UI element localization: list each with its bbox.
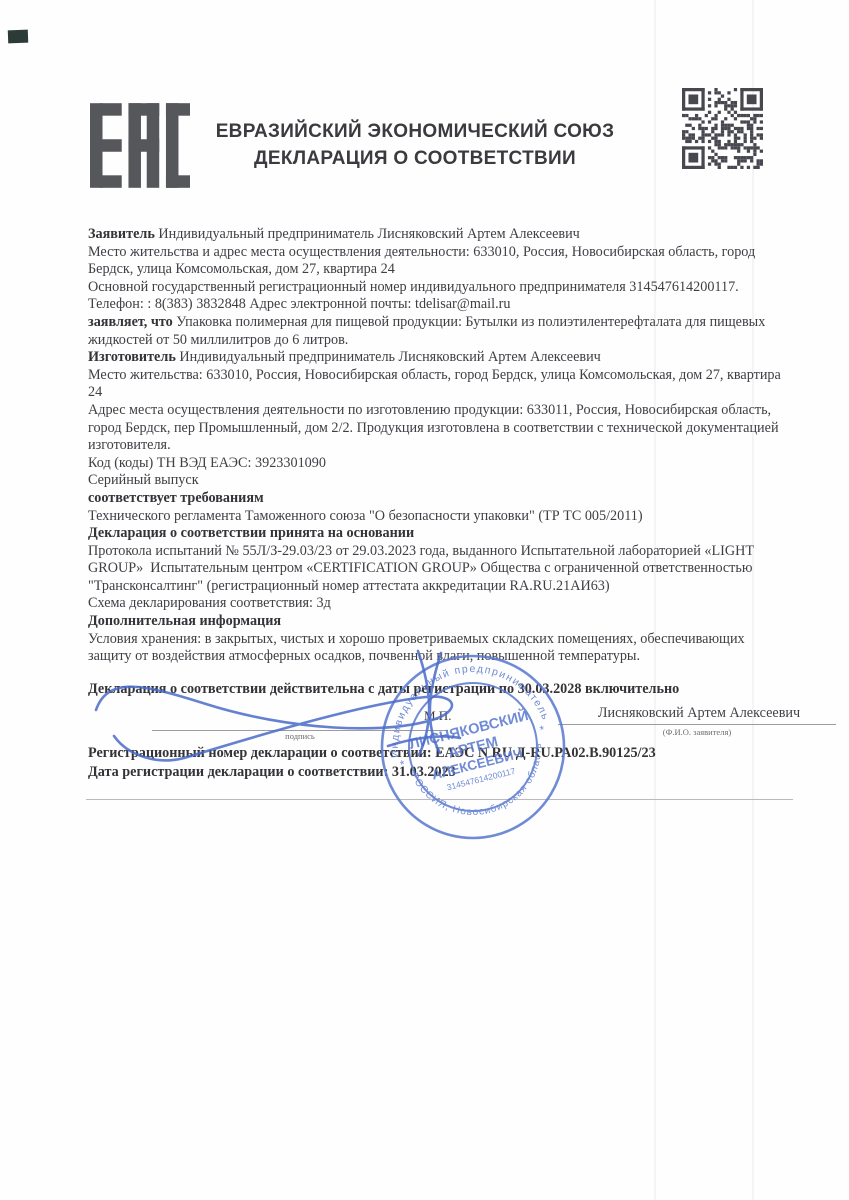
- bottom-rule: [86, 799, 793, 800]
- body-line: Код (коды) ТН ВЭД ЕАЭС: 3923301090: [88, 455, 798, 473]
- mp-label: М.П.: [424, 708, 451, 724]
- title-line-1: ЕВРАЗИЙСКИЙ ЭКОНОМИЧЕСКИЙ СОЮЗ: [170, 118, 660, 145]
- declaration-document: ЕВРАЗИЙСКИЙ ЭКОНОМИЧЕСКИЙ СОЮЗ ДЕКЛАРАЦИ…: [0, 0, 849, 1200]
- body-line: жидкостей от 50 миллилитров до 6 литров.: [88, 332, 798, 350]
- body-line: Изготовитель Индивидуальный предпринимат…: [88, 349, 798, 367]
- fio-label: (Ф.И.О. заявителя): [558, 727, 836, 737]
- stamp-star-right: *: [538, 722, 546, 737]
- title-line-2: ДЕКЛАРАЦИЯ О СООТВЕТСТВИИ: [170, 145, 660, 172]
- document-title: ЕВРАЗИЙСКИЙ ЭКОНОМИЧЕСКИЙ СОЮЗ ДЕКЛАРАЦИ…: [170, 118, 660, 172]
- body-line: 24: [88, 384, 798, 402]
- registration-number-line: Регистрационный номер декларации о соотв…: [88, 745, 656, 762]
- validity-line: Декларация о соответствии действительна …: [88, 681, 679, 698]
- body-line: Телефон: : 8(383) 3832848 Адрес электрон…: [88, 296, 798, 314]
- body-line: защиту от воздействия атмосферных осадко…: [88, 648, 798, 666]
- body-line: город Бердск, пер Промышленный, дом 2/2.…: [88, 420, 798, 438]
- body-line: Декларация о соответствии принята на осн…: [88, 525, 798, 543]
- body-line: соответствует требованиям: [88, 490, 798, 508]
- body-line: Условия хранения: в закрытых, чистых и х…: [88, 631, 798, 649]
- body-text: Заявитель Индивидуальный предприниматель…: [88, 226, 798, 666]
- body-line: "Трансконсалтинг" (регистрационный номер…: [88, 578, 798, 596]
- stamp-arc-top: Индивидуальный предприниматель: [378, 652, 552, 760]
- stamp-number: 314547614200117: [446, 766, 517, 793]
- body-line: изготовителя.: [88, 437, 798, 455]
- body-line: Дополнительная информация: [88, 613, 798, 631]
- body-line: Схема декларирования соответствия: 3д: [88, 595, 798, 613]
- body-line: Адрес места осуществления деятельности п…: [88, 402, 798, 420]
- body-line: заявляет, что Упаковка полимерная для пи…: [88, 314, 798, 332]
- fio-line: [558, 724, 836, 725]
- body-line: Протокола испытаний № 55Л/З-29.03/23 от …: [88, 543, 798, 561]
- body-line: Место жительства и адрес места осуществл…: [88, 244, 798, 262]
- svg-text:Индивидуальный предприниматель: Индивидуальный предприниматель: [378, 652, 552, 760]
- signature-label: подпись: [152, 731, 448, 741]
- body-line: GROUP» Испытательным центром «CERTIFICAT…: [88, 560, 798, 578]
- body-line: Заявитель Индивидуальный предприниматель…: [88, 226, 798, 244]
- scan-artifact: [8, 30, 28, 44]
- applicant-name: Лисняковский Артем Алексеевич: [560, 705, 838, 722]
- body-line: Место жительства: 633010, Россия, Новоси…: [88, 367, 798, 385]
- body-line: Основной государственный регистрационный…: [88, 279, 798, 297]
- registration-date-line: Дата регистрации декларации о соответств…: [88, 764, 456, 781]
- body-line: Серийный выпуск: [88, 472, 798, 490]
- body-line: Бердск, улица Комсомольская, дом 27, ква…: [88, 261, 798, 279]
- qr-code: [682, 88, 763, 169]
- body-line: Технического регламента Таможенного союз…: [88, 508, 798, 526]
